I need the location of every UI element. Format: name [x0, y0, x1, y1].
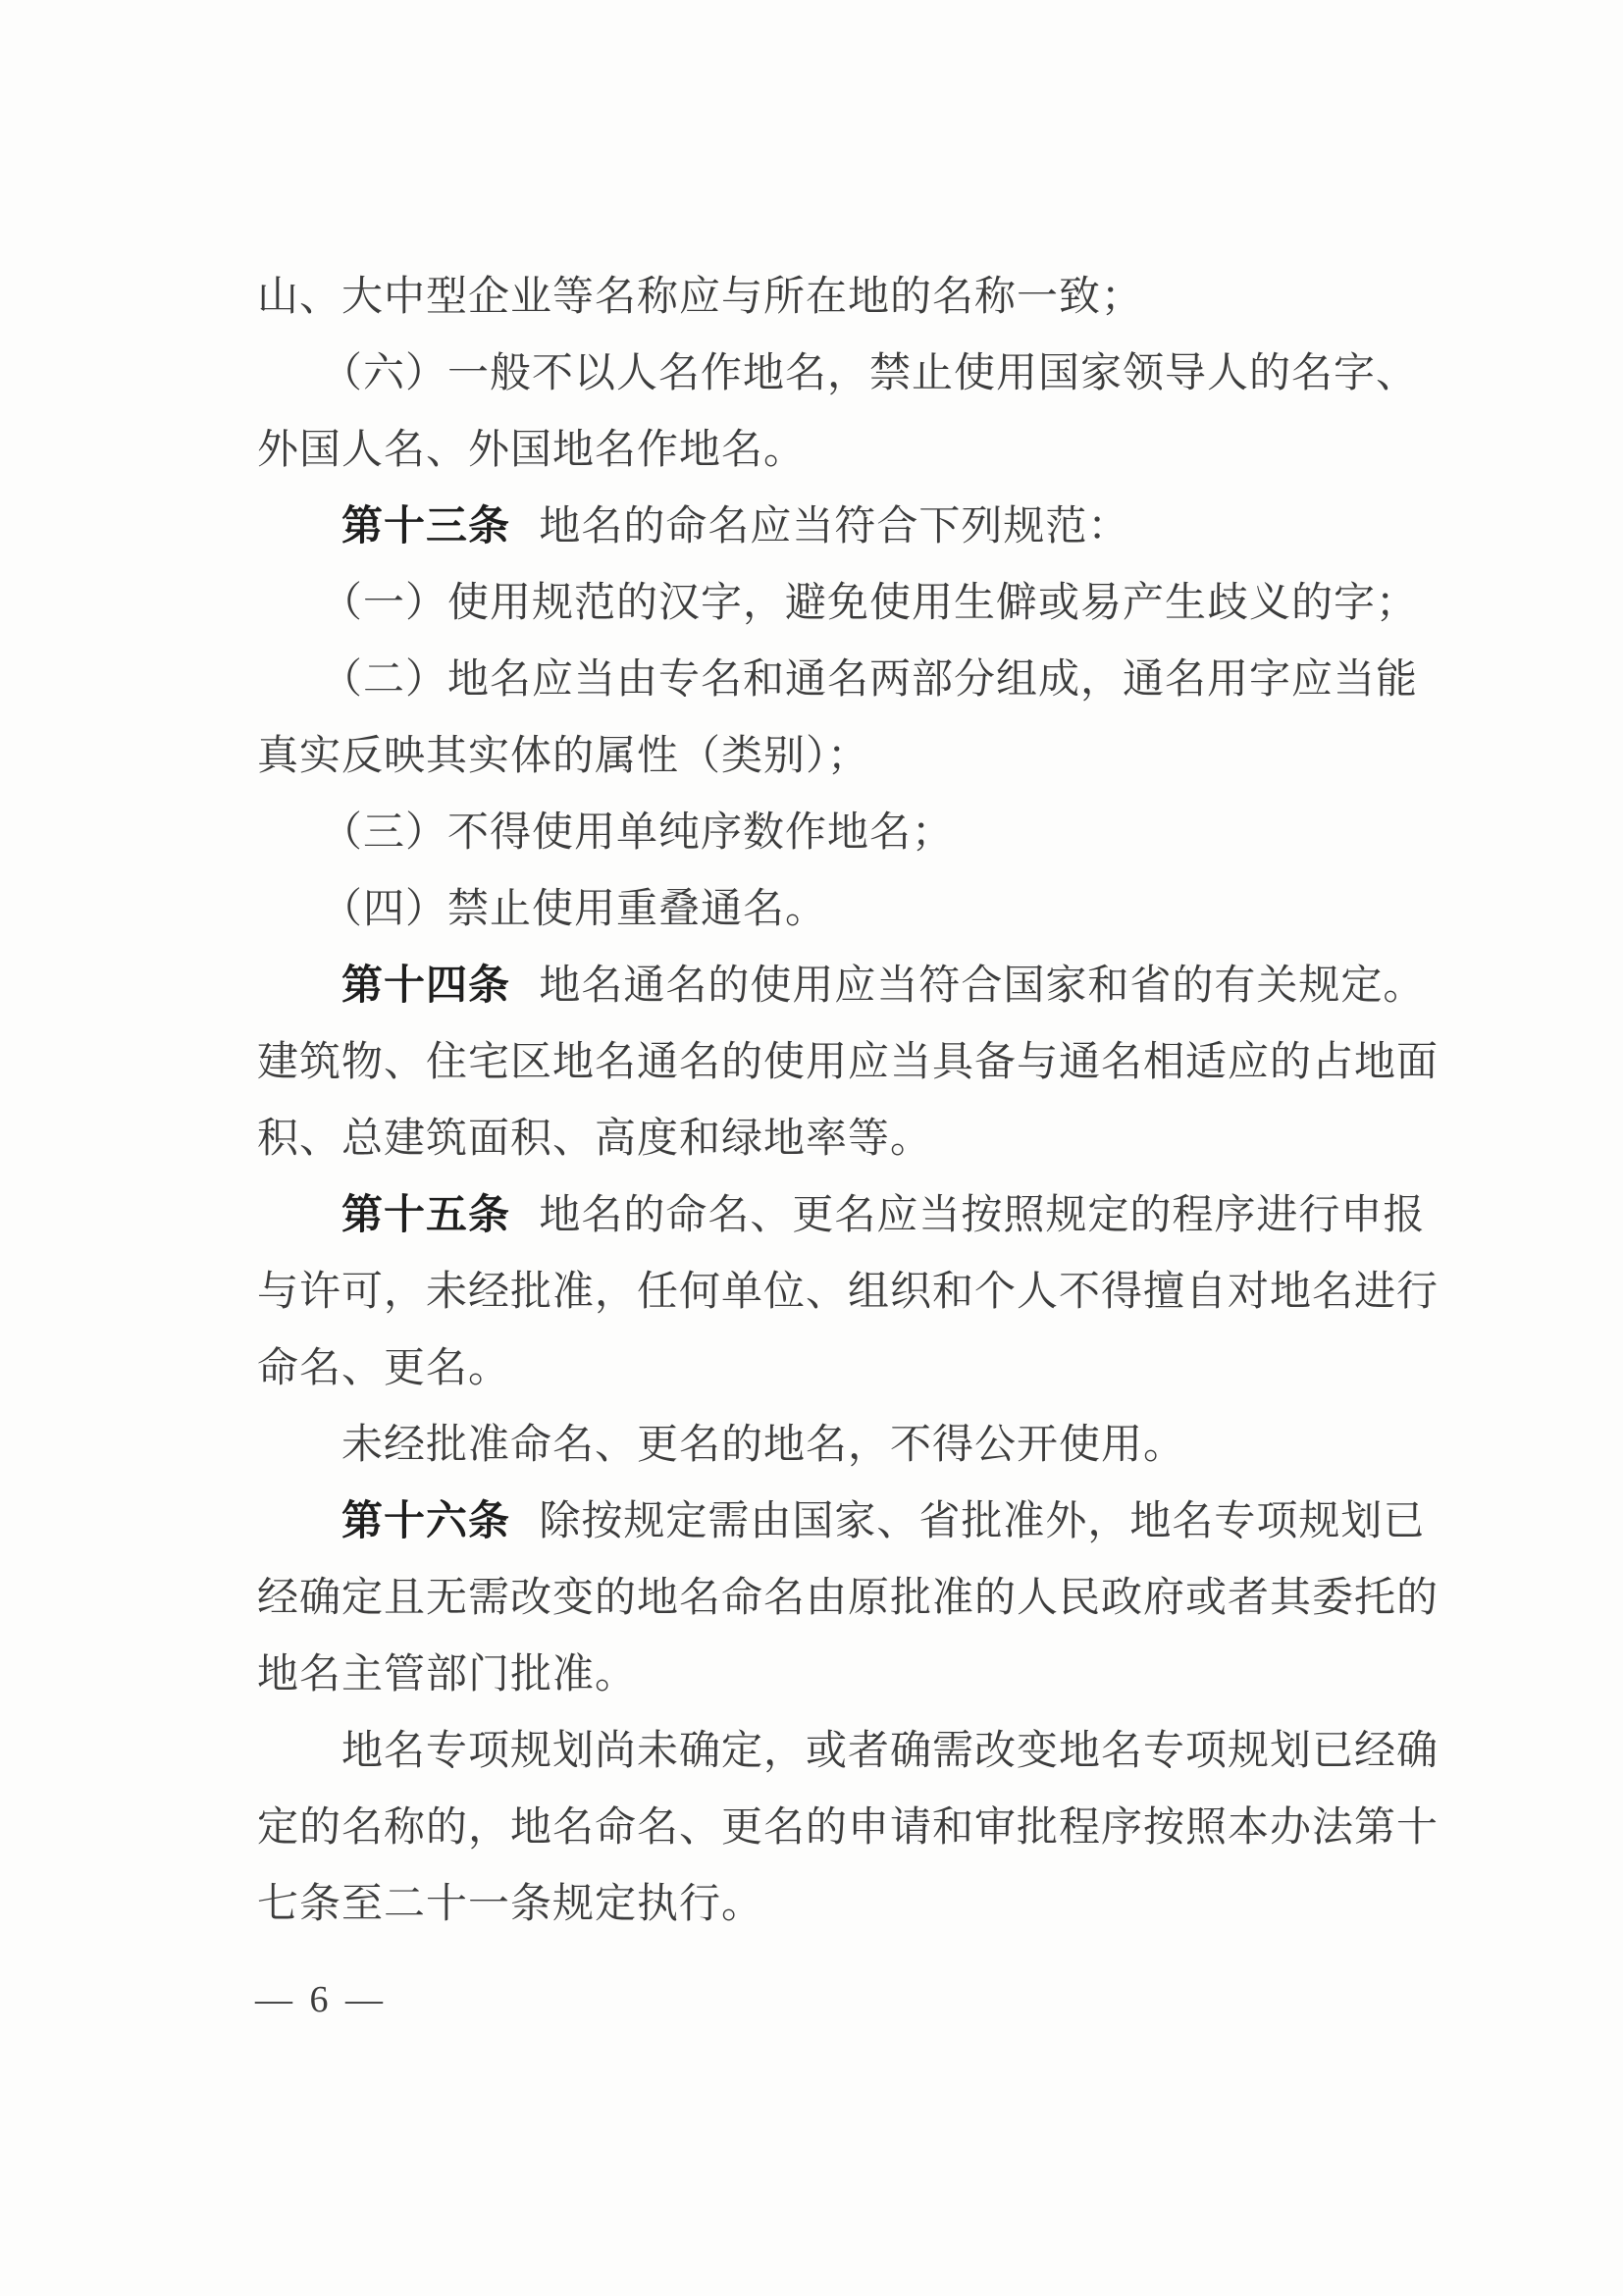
- line-text: 除按规定需由国家、省批准外，地名专项规划已: [539, 1499, 1425, 1544]
- text-line: （一）使用规范的汉字，避免使用生僻或易产生歧义的字；: [257, 565, 1474, 642]
- text-line: 地名主管部门批准。: [257, 1637, 1474, 1713]
- text-line: 与许可，未经批准，任何单位、组织和个人不得擅自对地名进行: [257, 1254, 1474, 1331]
- text-line: （二）地名应当由专名和通名两部分组成，通名用字应当能: [257, 642, 1474, 718]
- line-text: （六）一般不以人名作地名，禁止使用国家领导人的名字、: [257, 351, 1418, 396]
- line-text: 真实反映其实体的属性（类别）；: [257, 734, 869, 779]
- line-text: 命名、更名。: [257, 1346, 510, 1391]
- line-text: 与许可，未经批准，任何单位、组织和个人不得擅自对地名进行: [257, 1270, 1439, 1315]
- line-text: （四）禁止使用重叠通名。: [257, 887, 827, 932]
- text-line: 第十五条地名的命名、更名应当按照规定的程序进行申报: [257, 1177, 1474, 1254]
- article-number: 第十六条: [257, 1499, 510, 1544]
- line-text: 定的名称的，地名命名、更名的申请和审批程序按照本办法第十: [257, 1805, 1439, 1851]
- text-line: 未经批准命名、更名的地名，不得公开使用。: [257, 1407, 1474, 1484]
- text-line: 地名专项规划尚未确定，或者确需改变地名专项规划已经确: [257, 1713, 1474, 1790]
- article-number: 第十五条: [257, 1193, 510, 1238]
- text-line: 第十六条除按规定需由国家、省批准外，地名专项规划已: [257, 1484, 1474, 1560]
- text-line: 建筑物、住宅区地名通名的使用应当具备与通名相适应的占地面: [257, 1024, 1474, 1101]
- line-text: （一）使用规范的汉字，避免使用生僻或易产生歧义的字；: [257, 581, 1418, 626]
- line-text: 积、总建筑面积、高度和绿地率等。: [257, 1117, 932, 1162]
- text-line: （三）不得使用单纯序数作地名；: [257, 795, 1474, 871]
- text-line: 命名、更名。: [257, 1331, 1474, 1407]
- text-line: 经确定且无需改变的地名命名由原批准的人民政府或者其委托的: [257, 1560, 1474, 1637]
- line-text: 山、大中型企业等名称应与所在地的名称一致；: [257, 275, 1143, 320]
- text-line: （六）一般不以人名作地名，禁止使用国家领导人的名字、: [257, 336, 1474, 412]
- text-line: 定的名称的，地名命名、更名的申请和审批程序按照本办法第十: [257, 1790, 1474, 1866]
- line-text: 七条至二十一条规定执行。: [257, 1882, 763, 1927]
- text-line: 第十三条地名的命名应当符合下列规范：: [257, 489, 1474, 565]
- article-number: 第十四条: [257, 964, 510, 1009]
- page-number: — 6 —: [255, 1970, 387, 2029]
- article-number: 第十三条: [257, 504, 510, 549]
- line-text: （二）地名应当由专名和通名两部分组成，通名用字应当能: [257, 657, 1418, 703]
- line-text: 外国人名、外国地名作地名。: [257, 428, 806, 473]
- text-line: 真实反映其实体的属性（类别）；: [257, 718, 1474, 795]
- line-text: 地名的命名应当符合下列规范：: [539, 504, 1129, 549]
- line-text: 地名专项规划尚未确定，或者确需改变地名专项规划已经确: [257, 1729, 1439, 1774]
- text-line: 第十四条地名通名的使用应当符合国家和省的有关规定。: [257, 948, 1474, 1024]
- text-line: 七条至二十一条规定执行。: [257, 1866, 1474, 1943]
- line-text: （三）不得使用单纯序数作地名；: [257, 810, 954, 856]
- text-line: 外国人名、外国地名作地名。: [257, 412, 1474, 489]
- document-body: 山、大中型企业等名称应与所在地的名称一致； （六）一般不以人名作地名，禁止使用国…: [257, 259, 1474, 1943]
- line-text: 地名通名的使用应当符合国家和省的有关规定。: [539, 964, 1425, 1009]
- text-line: 山、大中型企业等名称应与所在地的名称一致；: [257, 259, 1474, 336]
- line-text: 地名主管部门批准。: [257, 1652, 637, 1697]
- line-text: 未经批准命名、更名的地名，不得公开使用。: [257, 1423, 1185, 1468]
- document-page: 山、大中型企业等名称应与所在地的名称一致； （六）一般不以人名作地名，禁止使用国…: [0, 0, 1623, 2296]
- text-line: 积、总建筑面积、高度和绿地率等。: [257, 1101, 1474, 1177]
- line-text: 经确定且无需改变的地名命名由原批准的人民政府或者其委托的: [257, 1576, 1439, 1621]
- line-text: 地名的命名、更名应当按照规定的程序进行申报: [539, 1193, 1425, 1238]
- line-text: 建筑物、住宅区地名通名的使用应当具备与通名相适应的占地面: [257, 1040, 1439, 1085]
- text-line: （四）禁止使用重叠通名。: [257, 871, 1474, 948]
